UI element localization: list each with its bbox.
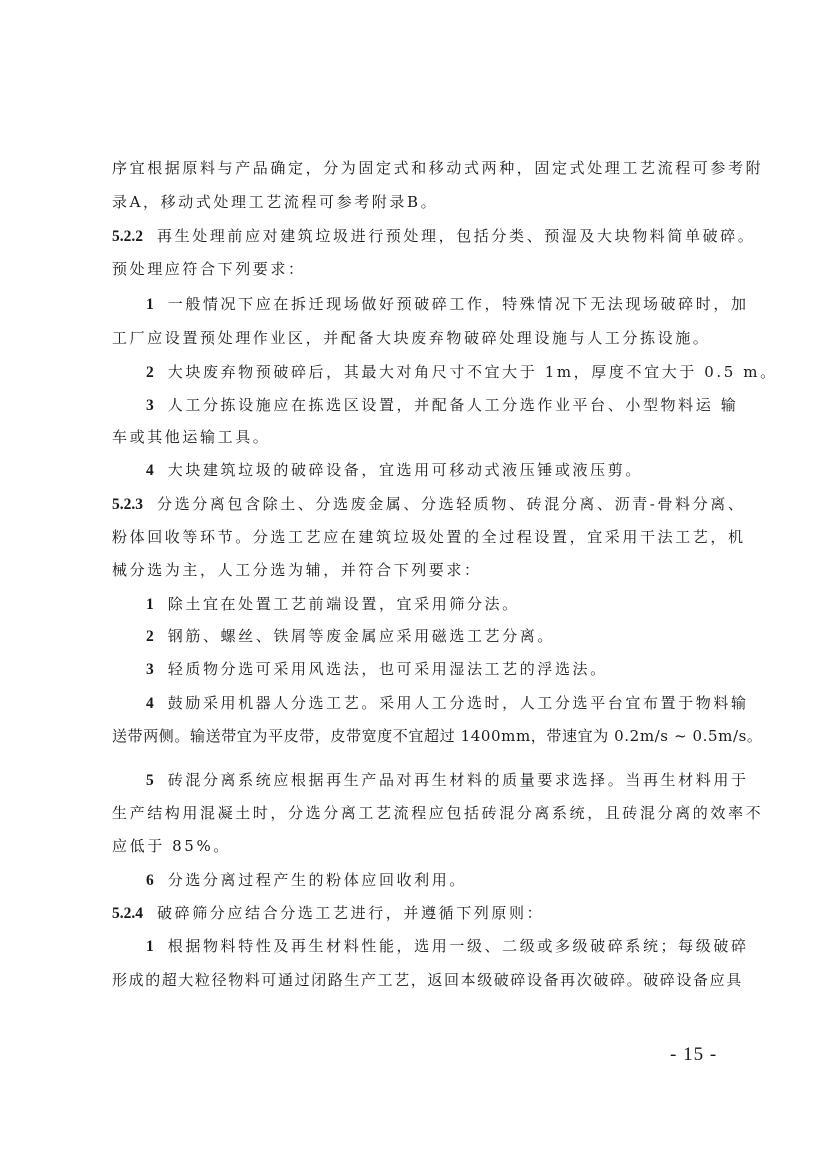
paragraph-line: 送带两侧。输送带宜为平皮带，皮带宽度不宜超过 1400mm，带速宜为 0.2m/…	[112, 726, 724, 746]
item-number: 1	[146, 938, 154, 955]
paragraph-line: 录A，移动式处理工艺流程可参考附录B。	[112, 192, 724, 212]
line-text: 钢筋、螺丝、铁屑等废金属应采用磁选工艺分离。	[168, 627, 555, 645]
item-number: 5	[146, 772, 154, 789]
line-text: 大块建筑垃圾的破碎设备，宜选用可移动式液压锤或液压剪。	[168, 461, 643, 479]
clause-5-2-2: 5.2.2再生处理前应对建筑垃圾进行预处理，包括分类、预湿及大块物料简单破碎。	[112, 226, 724, 247]
list-item: 1一般情况下应在拆迁现场做好预破碎工作，特殊情况下无法现场破碎时，加	[146, 294, 724, 315]
list-item: 1除土宜在处置工艺前端设置，宜采用筛分法。	[146, 594, 724, 615]
clause-5-2-4: 5.2.4破碎筛分应结合分选工艺进行，并遵循下列原则：	[112, 903, 724, 924]
item-number: 1	[146, 596, 154, 613]
line-text: 生产结构用混凝土时，分选分离工艺流程应包括砖混分离系统，且砖混分离的效率不	[112, 804, 763, 822]
line-text: 械分选为主，人工分选为辅，并符合下列要求：	[112, 561, 482, 579]
page-number: - 15 -	[670, 1044, 717, 1066]
line-text: 应低于 85%。	[112, 837, 231, 855]
paragraph-line: 车或其他运输工具。	[112, 427, 724, 447]
item-number: 2	[146, 628, 154, 645]
paragraph-line: 序宜根据原料与产品确定，分为固定式和移动式两种，固定式处理工艺流程可参考附	[112, 158, 724, 178]
list-item: 3人工分拣设施应在拣选区设置，并配备人工分选作业平台、小型物料运 输	[146, 395, 724, 416]
line-text: 录A，移动式处理工艺流程可参考附录B。	[112, 193, 438, 211]
paragraph-line: 粉体回收等环节。分选工艺应在建筑垃圾处置的全过程设置，宜采用干法工艺，机	[112, 527, 724, 547]
line-text: 序宜根据原料与产品确定，分为固定式和移动式两种，固定式处理工艺流程可参考附	[112, 159, 763, 177]
list-item: 1根据物料特性及再生材料性能，选用一级、二级或多级破碎系统；每级破碎	[146, 936, 724, 957]
list-item: 2钢筋、螺丝、铁屑等废金属应采用磁选工艺分离。	[146, 626, 724, 647]
item-number: 1	[146, 296, 154, 313]
line-text: 人工分拣设施应在拣选区设置，并配备人工分选作业平台、小型物料运 输	[168, 396, 739, 414]
item-number: 6	[146, 872, 154, 889]
line-text: 形成的超大粒径物料可通过闭路生产工艺，返回本级破碎设备再次破碎。破碎设备应具	[112, 971, 743, 989]
line-text: 砖混分离系统应根据再生产品对再生材料的质量要求选择。当再生材料用于	[168, 771, 749, 789]
line-text: 再生处理前应对建筑垃圾进行预处理，包括分类、预湿及大块物料简单破碎。	[157, 227, 755, 245]
list-item: 3轻质物分选可采用风选法，也可采用湿法工艺的浮选法。	[146, 659, 724, 680]
clause-number: 5.2.4	[112, 905, 143, 922]
line-text: 车或其他运输工具。	[112, 428, 270, 446]
line-text: 一般情况下应在拆迁现场做好预破碎工作，特殊情况下无法现场破碎时，加	[168, 295, 749, 313]
line-text: 轻质物分选可采用风选法，也可采用湿法工艺的浮选法。	[168, 660, 608, 678]
line-text: 大块废弃物预破碎后，其最大对角尺寸不宜大于 1m，厚度不宜大于 0.5 m。	[168, 363, 778, 381]
line-text: 破碎筛分应结合分选工艺进行，并遵循下列原则：	[157, 904, 544, 922]
item-number: 3	[146, 397, 154, 414]
line-text: 分选分离过程产生的粉体应回收利用。	[168, 871, 467, 889]
clause-5-2-3: 5.2.3分选分离包含除土、分选废金属、分选轻质物、砖混分离、沥青-骨料分离、	[112, 494, 724, 515]
item-number: 4	[146, 695, 154, 712]
item-number: 3	[146, 661, 154, 678]
paragraph-line: 应低于 85%。	[112, 836, 724, 856]
clause-number: 5.2.3	[112, 496, 143, 513]
clause-number: 5.2.2	[112, 228, 143, 245]
line-text: 除土宜在处置工艺前端设置，宜采用筛分法。	[168, 595, 520, 613]
paragraph-line: 工厂应设置预处理作业区，并配备大块废弃物破碎处理设施与人工分拣设施。	[112, 328, 724, 348]
list-item: 4鼓励采用机器人分选工艺。采用人工分选时，人工分选平台宜布置于物料输	[146, 693, 724, 714]
line-text: 粉体回收等环节。分选工艺应在建筑垃圾处置的全过程设置，宜采用干法工艺，机	[112, 528, 746, 546]
line-text: 送带两侧。输送带宜为平皮带，皮带宽度不宜超过 1400mm，带速宜为 0.2m/…	[112, 727, 763, 745]
item-number: 2	[146, 364, 154, 381]
list-item: 6分选分离过程产生的粉体应回收利用。	[146, 870, 724, 891]
item-number: 4	[146, 462, 154, 479]
list-item: 2大块废弃物预破碎后，其最大对角尺寸不宜大于 1m，厚度不宜大于 0.5 m。	[146, 362, 724, 383]
paragraph-line: 械分选为主，人工分选为辅，并符合下列要求：	[112, 560, 724, 580]
list-item: 5砖混分离系统应根据再生产品对再生材料的质量要求选择。当再生材料用于	[146, 770, 724, 791]
paragraph-line: 预处理应符合下列要求：	[112, 259, 724, 279]
paragraph-line: 形成的超大粒径物料可通过闭路生产工艺，返回本级破碎设备再次破碎。破碎设备应具	[112, 970, 724, 990]
line-text: 鼓励采用机器人分选工艺。采用人工分选时，人工分选平台宜布置于物料输	[168, 694, 749, 712]
line-text: 预处理应符合下列要求：	[112, 260, 306, 278]
document-page: 序宜根据原料与产品确定，分为固定式和移动式两种，固定式处理工艺流程可参考附 录A…	[0, 0, 826, 1169]
line-text: 分选分离包含除土、分选废金属、分选轻质物、砖混分离、沥青-骨料分离、	[157, 495, 745, 513]
line-text: 根据物料特性及再生材料性能，选用一级、二级或多级破碎系统；每级破碎	[168, 937, 749, 955]
list-item: 4大块建筑垃圾的破碎设备，宜选用可移动式液压锤或液压剪。	[146, 460, 724, 481]
line-text: 工厂应设置预处理作业区，并配备大块废弃物破碎处理设施与人工分拣设施。	[112, 329, 710, 347]
paragraph-line: 生产结构用混凝土时，分选分离工艺流程应包括砖混分离系统，且砖混分离的效率不	[112, 803, 724, 823]
